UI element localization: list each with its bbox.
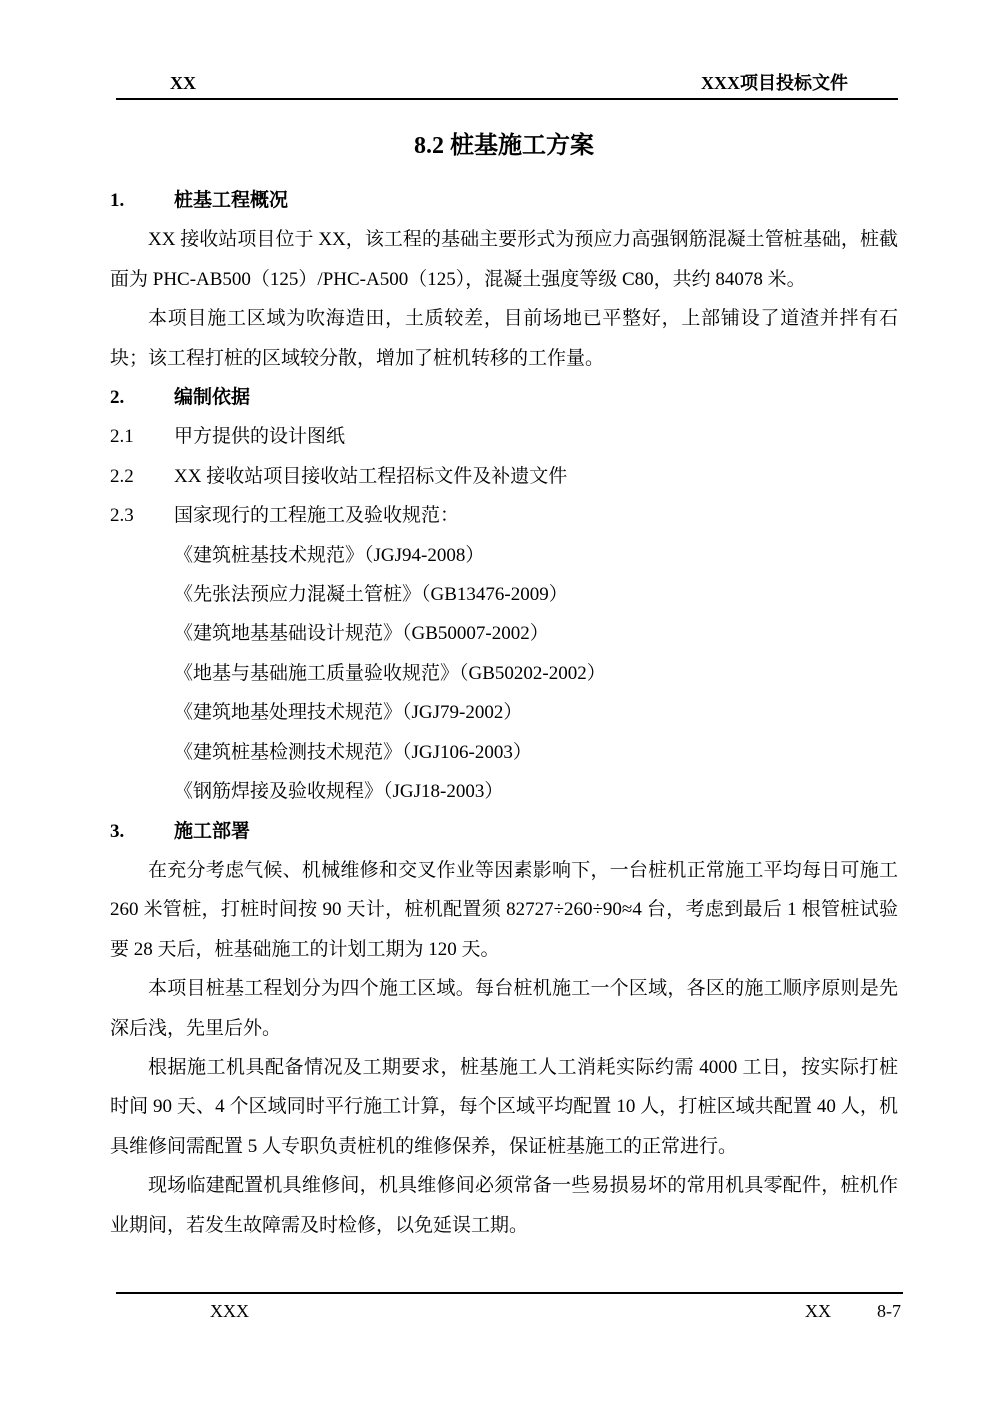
standard-reference: 《先张法预应力混凝土管桩》（GB13476-2009）: [110, 575, 898, 614]
list-item: 2.2 XX 接收站项目接收站工程招标文件及补遗文件: [110, 457, 898, 496]
list-item-number: 2.1: [110, 417, 174, 456]
footer-page-number: 8-7: [877, 1300, 901, 1322]
document-body: 1. 桩基工程概况 XX 接收站项目位于 XX，该工程的基础主要形式为预应力高强…: [110, 181, 898, 1245]
section-3-heading-text: 施工部署: [174, 812, 898, 851]
list-item-number: 2.3: [110, 496, 174, 535]
header-left-text: XX: [170, 72, 196, 95]
standard-reference: 《建筑地基处理技术规范》（JGJ79-2002）: [110, 693, 898, 732]
standard-reference: 《建筑地基基础设计规范》（GB50007-2002）: [110, 614, 898, 653]
footer-left-text: XXX: [210, 1300, 249, 1322]
section-3-paragraph-4: 现场临建配置机具维修间，机具维修间必须常备一些易损易坏的常用机具零配件，桩机作业…: [110, 1166, 898, 1245]
standard-reference: 《建筑桩基技术规范》（JGJ94-2008）: [110, 536, 898, 575]
list-item-text: 甲方提供的设计图纸: [174, 417, 898, 456]
page-title: 8.2 桩基施工方案: [110, 127, 898, 165]
footer-right-label: XX: [805, 1300, 831, 1322]
section-1-heading-text: 桩基工程概况: [174, 181, 898, 220]
list-item-text: XX 接收站项目接收站工程招标文件及补遗文件: [174, 457, 898, 496]
section-3-paragraph-1: 在充分考虑气候、机械维修和交叉作业等因素影响下，一台桩机正常施工平均每日可施工 …: [110, 851, 898, 969]
section-2-heading: 2. 编制依据: [110, 378, 898, 417]
standard-reference: 《建筑桩基检测技术规范》（JGJ106-2003）: [110, 733, 898, 772]
list-item-text: 国家现行的工程施工及验收规范：: [174, 496, 898, 535]
section-3-heading: 3. 施工部署: [110, 812, 898, 851]
section-3-paragraph-3: 根据施工机具配备情况及工期要求，桩基施工人工消耗实际约需 4000 工日，按实际…: [110, 1048, 898, 1166]
page-footer: XXX XX 8-7: [116, 1292, 903, 1322]
section-1-number: 1.: [110, 181, 174, 220]
standard-reference: 《地基与基础施工质量验收规范》（GB50202-2002）: [110, 654, 898, 693]
document-page: XX XXX项目投标文件 8.2 桩基施工方案 1. 桩基工程概况 XX 接收站…: [0, 0, 993, 1404]
header-right-text: XXX项目投标文件: [701, 72, 848, 95]
section-2-heading-text: 编制依据: [174, 378, 898, 417]
section-3-paragraph-2: 本项目桩基工程划分为四个施工区域。每台桩机施工一个区域，各区的施工顺序原则是先深…: [110, 969, 898, 1048]
list-item-number: 2.2: [110, 457, 174, 496]
page-header: XX XXX项目投标文件: [116, 72, 898, 100]
standard-reference: 《钢筋焊接及验收规程》（JGJ18-2003）: [110, 772, 898, 811]
section-2-number: 2.: [110, 378, 174, 417]
section-1-paragraph-1: XX 接收站项目位于 XX，该工程的基础主要形式为预应力高强钢筋混凝土管桩基础，…: [110, 220, 898, 299]
section-1-heading: 1. 桩基工程概况: [110, 181, 898, 220]
section-1-paragraph-2: 本项目施工区域为吹海造田，土质较差，目前场地已平整好，上部铺设了道渣并拌有石块；…: [110, 299, 898, 378]
list-item: 2.3 国家现行的工程施工及验收规范：: [110, 496, 898, 535]
section-3-number: 3.: [110, 812, 174, 851]
list-item: 2.1 甲方提供的设计图纸: [110, 417, 898, 456]
footer-right-group: XX 8-7: [805, 1300, 901, 1322]
